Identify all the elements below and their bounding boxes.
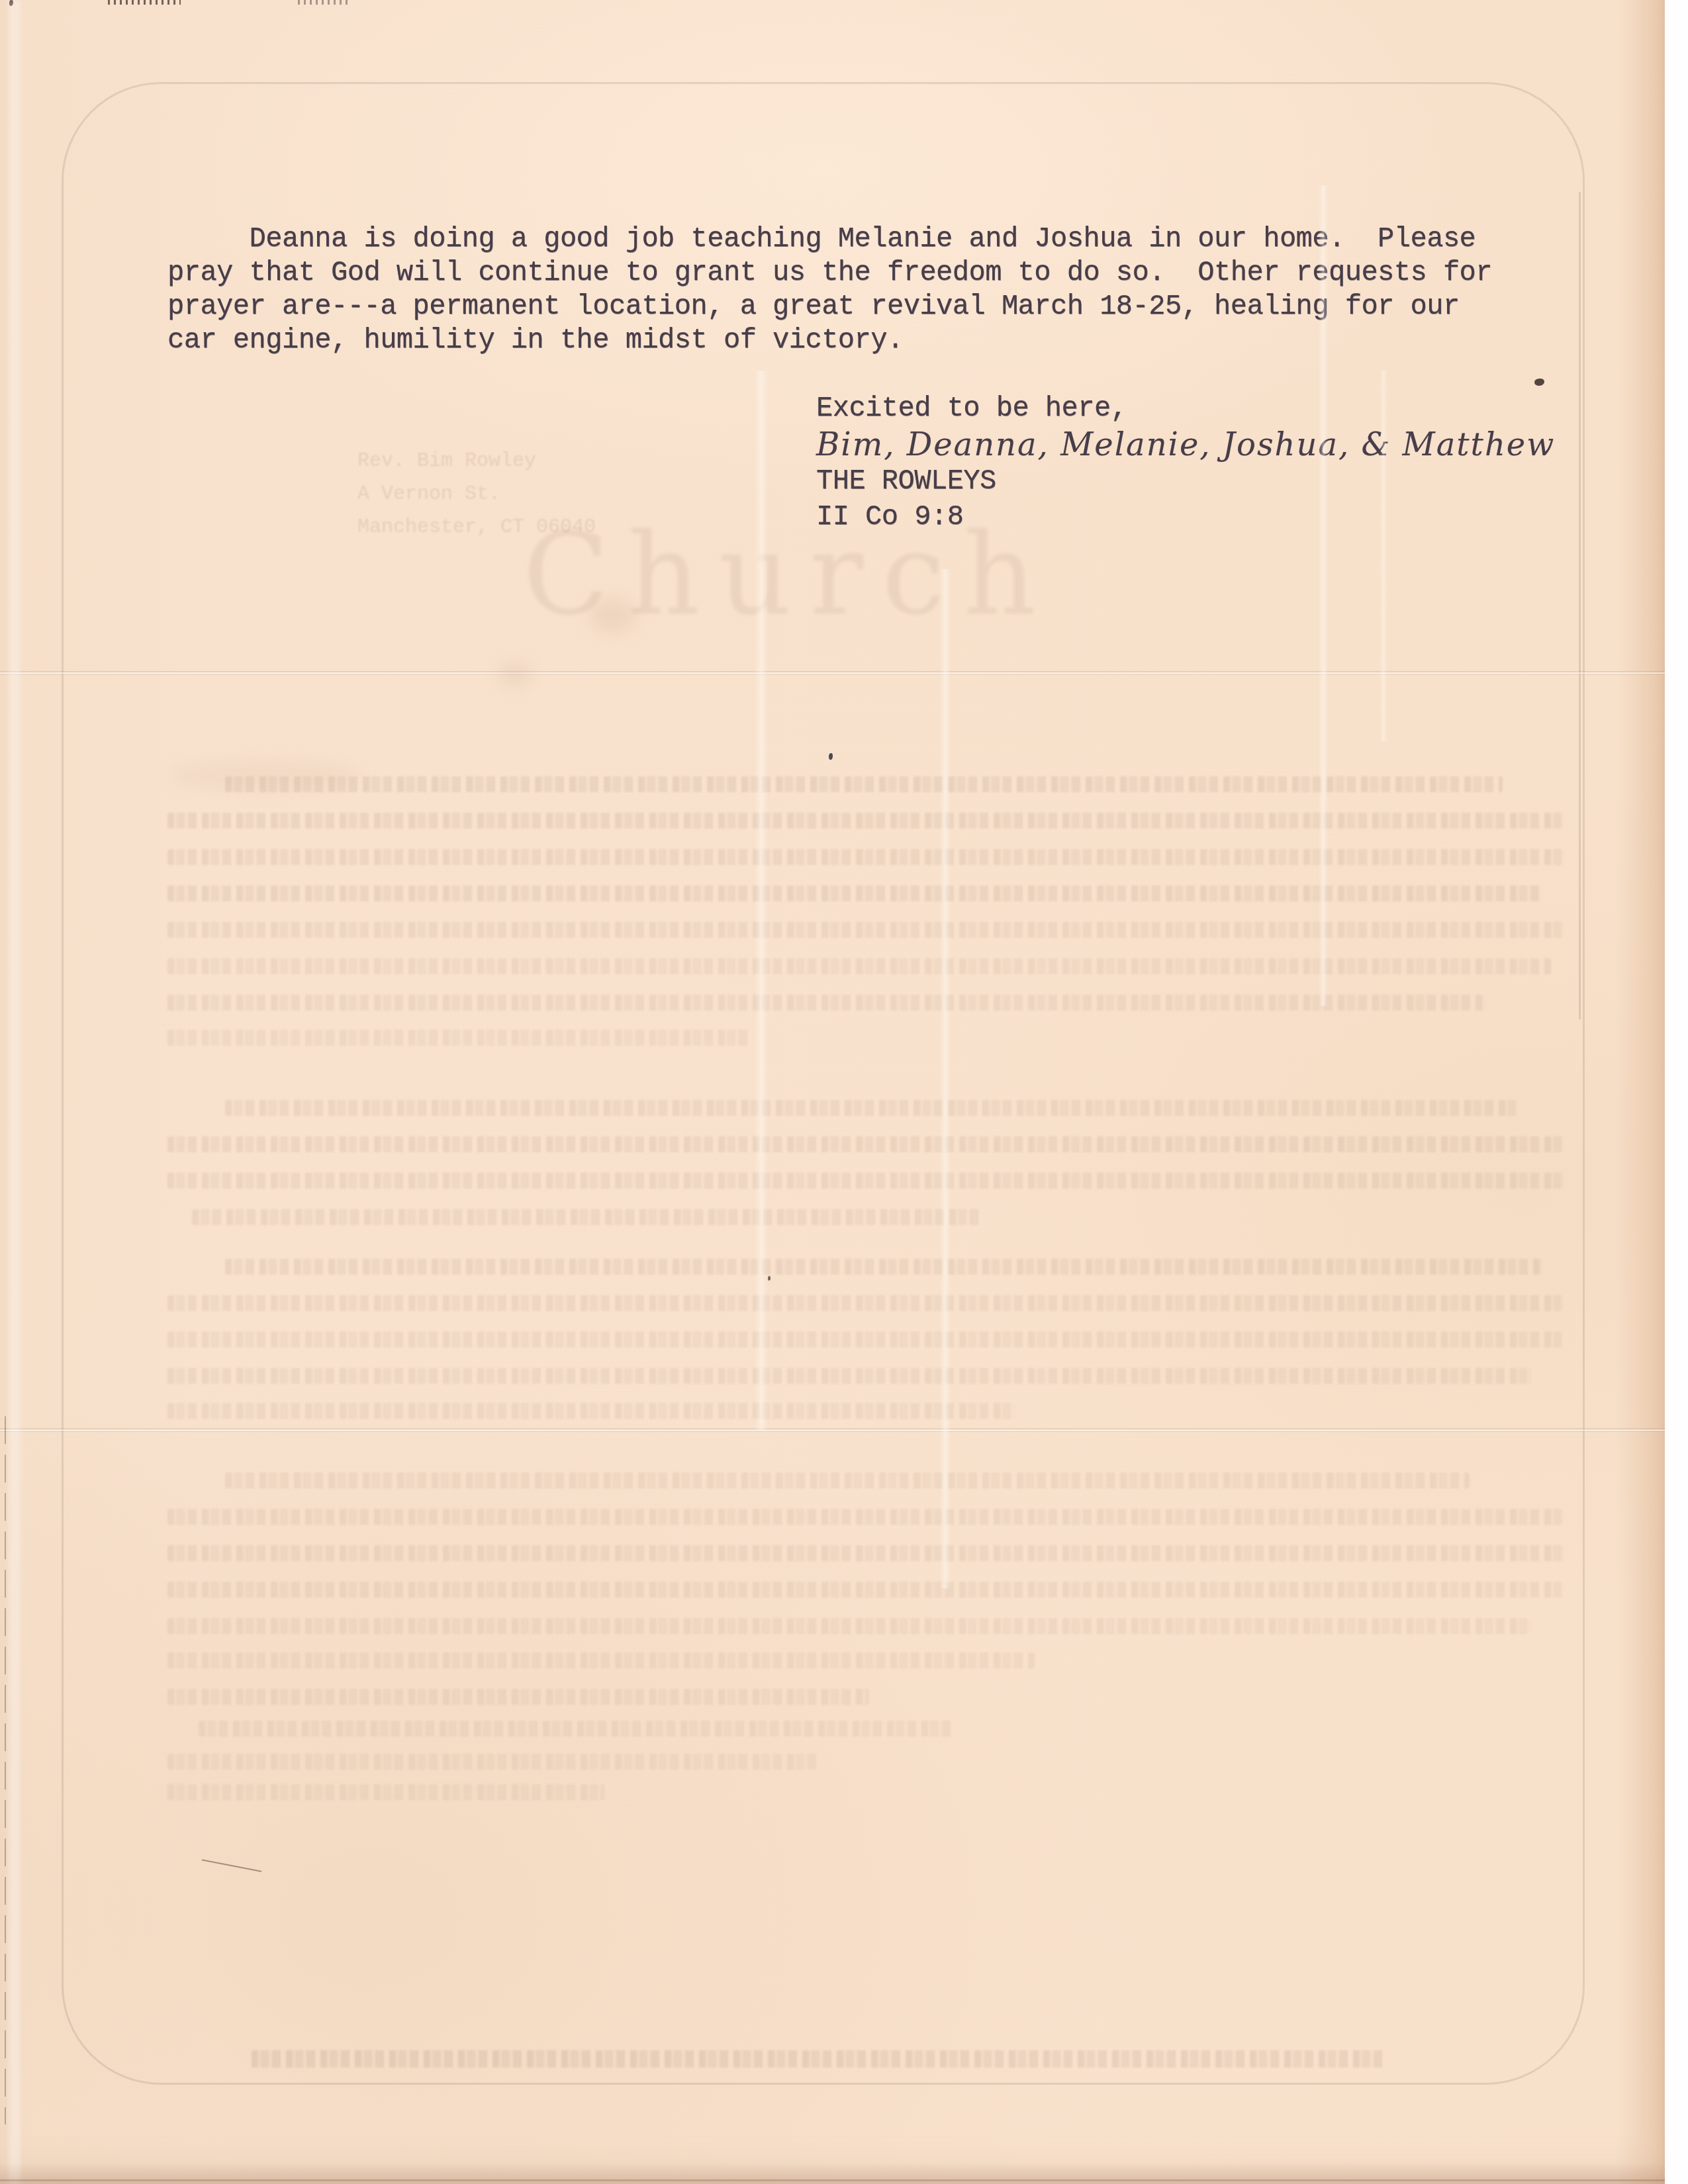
ghost-text-line [192, 1209, 980, 1225]
signature-verse-reference: II Co 9:8 [816, 499, 1555, 535]
typed-paragraph: Deanna is doing a good job teaching Mela… [167, 222, 1492, 357]
bleed-through-border-right-segment [1579, 192, 1581, 1019]
scanner-streak [1380, 371, 1387, 741]
ghost-text-line [225, 1473, 1470, 1488]
ghost-text-line [167, 1618, 1531, 1634]
ghost-text-line [167, 958, 1551, 974]
top-edge-speckles [108, 0, 181, 5]
ghost-letterhead-address-line: Rev. Bim Rowley [357, 445, 536, 478]
ghost-text-line [167, 1689, 869, 1705]
left-edge-scratch-line [5, 1416, 6, 2124]
ghost-text-line [167, 1136, 1564, 1152]
signature-family-name: THE ROWLEYS [816, 463, 1555, 499]
ghost-text-line [167, 1509, 1564, 1525]
paragraph-line: pray that God will continue to grant us … [167, 256, 1492, 290]
scanner-streak [940, 569, 951, 1588]
ghost-text-line [225, 1100, 1516, 1116]
ghost-text-line [167, 1582, 1564, 1598]
ghost-text-line [167, 1653, 1035, 1668]
ghost-text-line [167, 886, 1544, 901]
scanned-letter-page: Rev. Bim Rowley A Vernon St. Manchester,… [0, 0, 1688, 2184]
scanner-background-strip [1665, 0, 1688, 2184]
paper-mottle-spot [500, 663, 530, 686]
paragraph-line: prayer are---a permanent location, a gre… [167, 290, 1492, 324]
ghost-footer-line [252, 2050, 1387, 2068]
ghost-text-line [167, 1784, 604, 1800]
top-edge-speckles [298, 0, 351, 5]
fold-crease-upper [0, 671, 1665, 675]
ghost-text-line [167, 995, 1485, 1011]
left-edge-light-strip [9, 0, 21, 2184]
ghost-text-line [167, 1754, 816, 1770]
scanner-streak [755, 371, 768, 1430]
ghost-text-line [167, 849, 1564, 865]
ghost-text-line [167, 1295, 1564, 1311]
signature-block: Excited to be here, Bim, Deanna, Melanie… [816, 390, 1555, 535]
ghost-text-line [167, 1030, 750, 1046]
ghost-text-line [167, 1332, 1564, 1347]
paper-mottle-spot [589, 599, 635, 632]
ghost-text-line [225, 1259, 1542, 1275]
ghost-text-line [167, 813, 1564, 829]
paragraph-line: car engine, humility in the midst of vic… [167, 324, 1492, 357]
ghost-text-line [167, 922, 1564, 938]
ghost-text-line [167, 1173, 1564, 1189]
fold-crease-lower [0, 1428, 1665, 1432]
ghost-letterhead-address-line: A Vernon St. [357, 478, 500, 511]
paragraph-line: Deanna is doing a good job teaching Mela… [167, 222, 1492, 256]
paper-mottle-spot [169, 760, 361, 792]
ghost-text-line [225, 776, 1503, 792]
scanner-streak [1319, 185, 1328, 1006]
signature-names-line: Bim, Deanna, Melanie, Joshua, & Matthew [816, 426, 1555, 463]
ghost-text-line [167, 1403, 1015, 1419]
bottom-edge-line [0, 2179, 1665, 2181]
ghost-text-line [167, 1368, 1531, 1384]
ghost-text-line [199, 1721, 953, 1737]
ghost-text-line [167, 1545, 1564, 1561]
signature-closing-line: Excited to be here, [816, 390, 1555, 426]
